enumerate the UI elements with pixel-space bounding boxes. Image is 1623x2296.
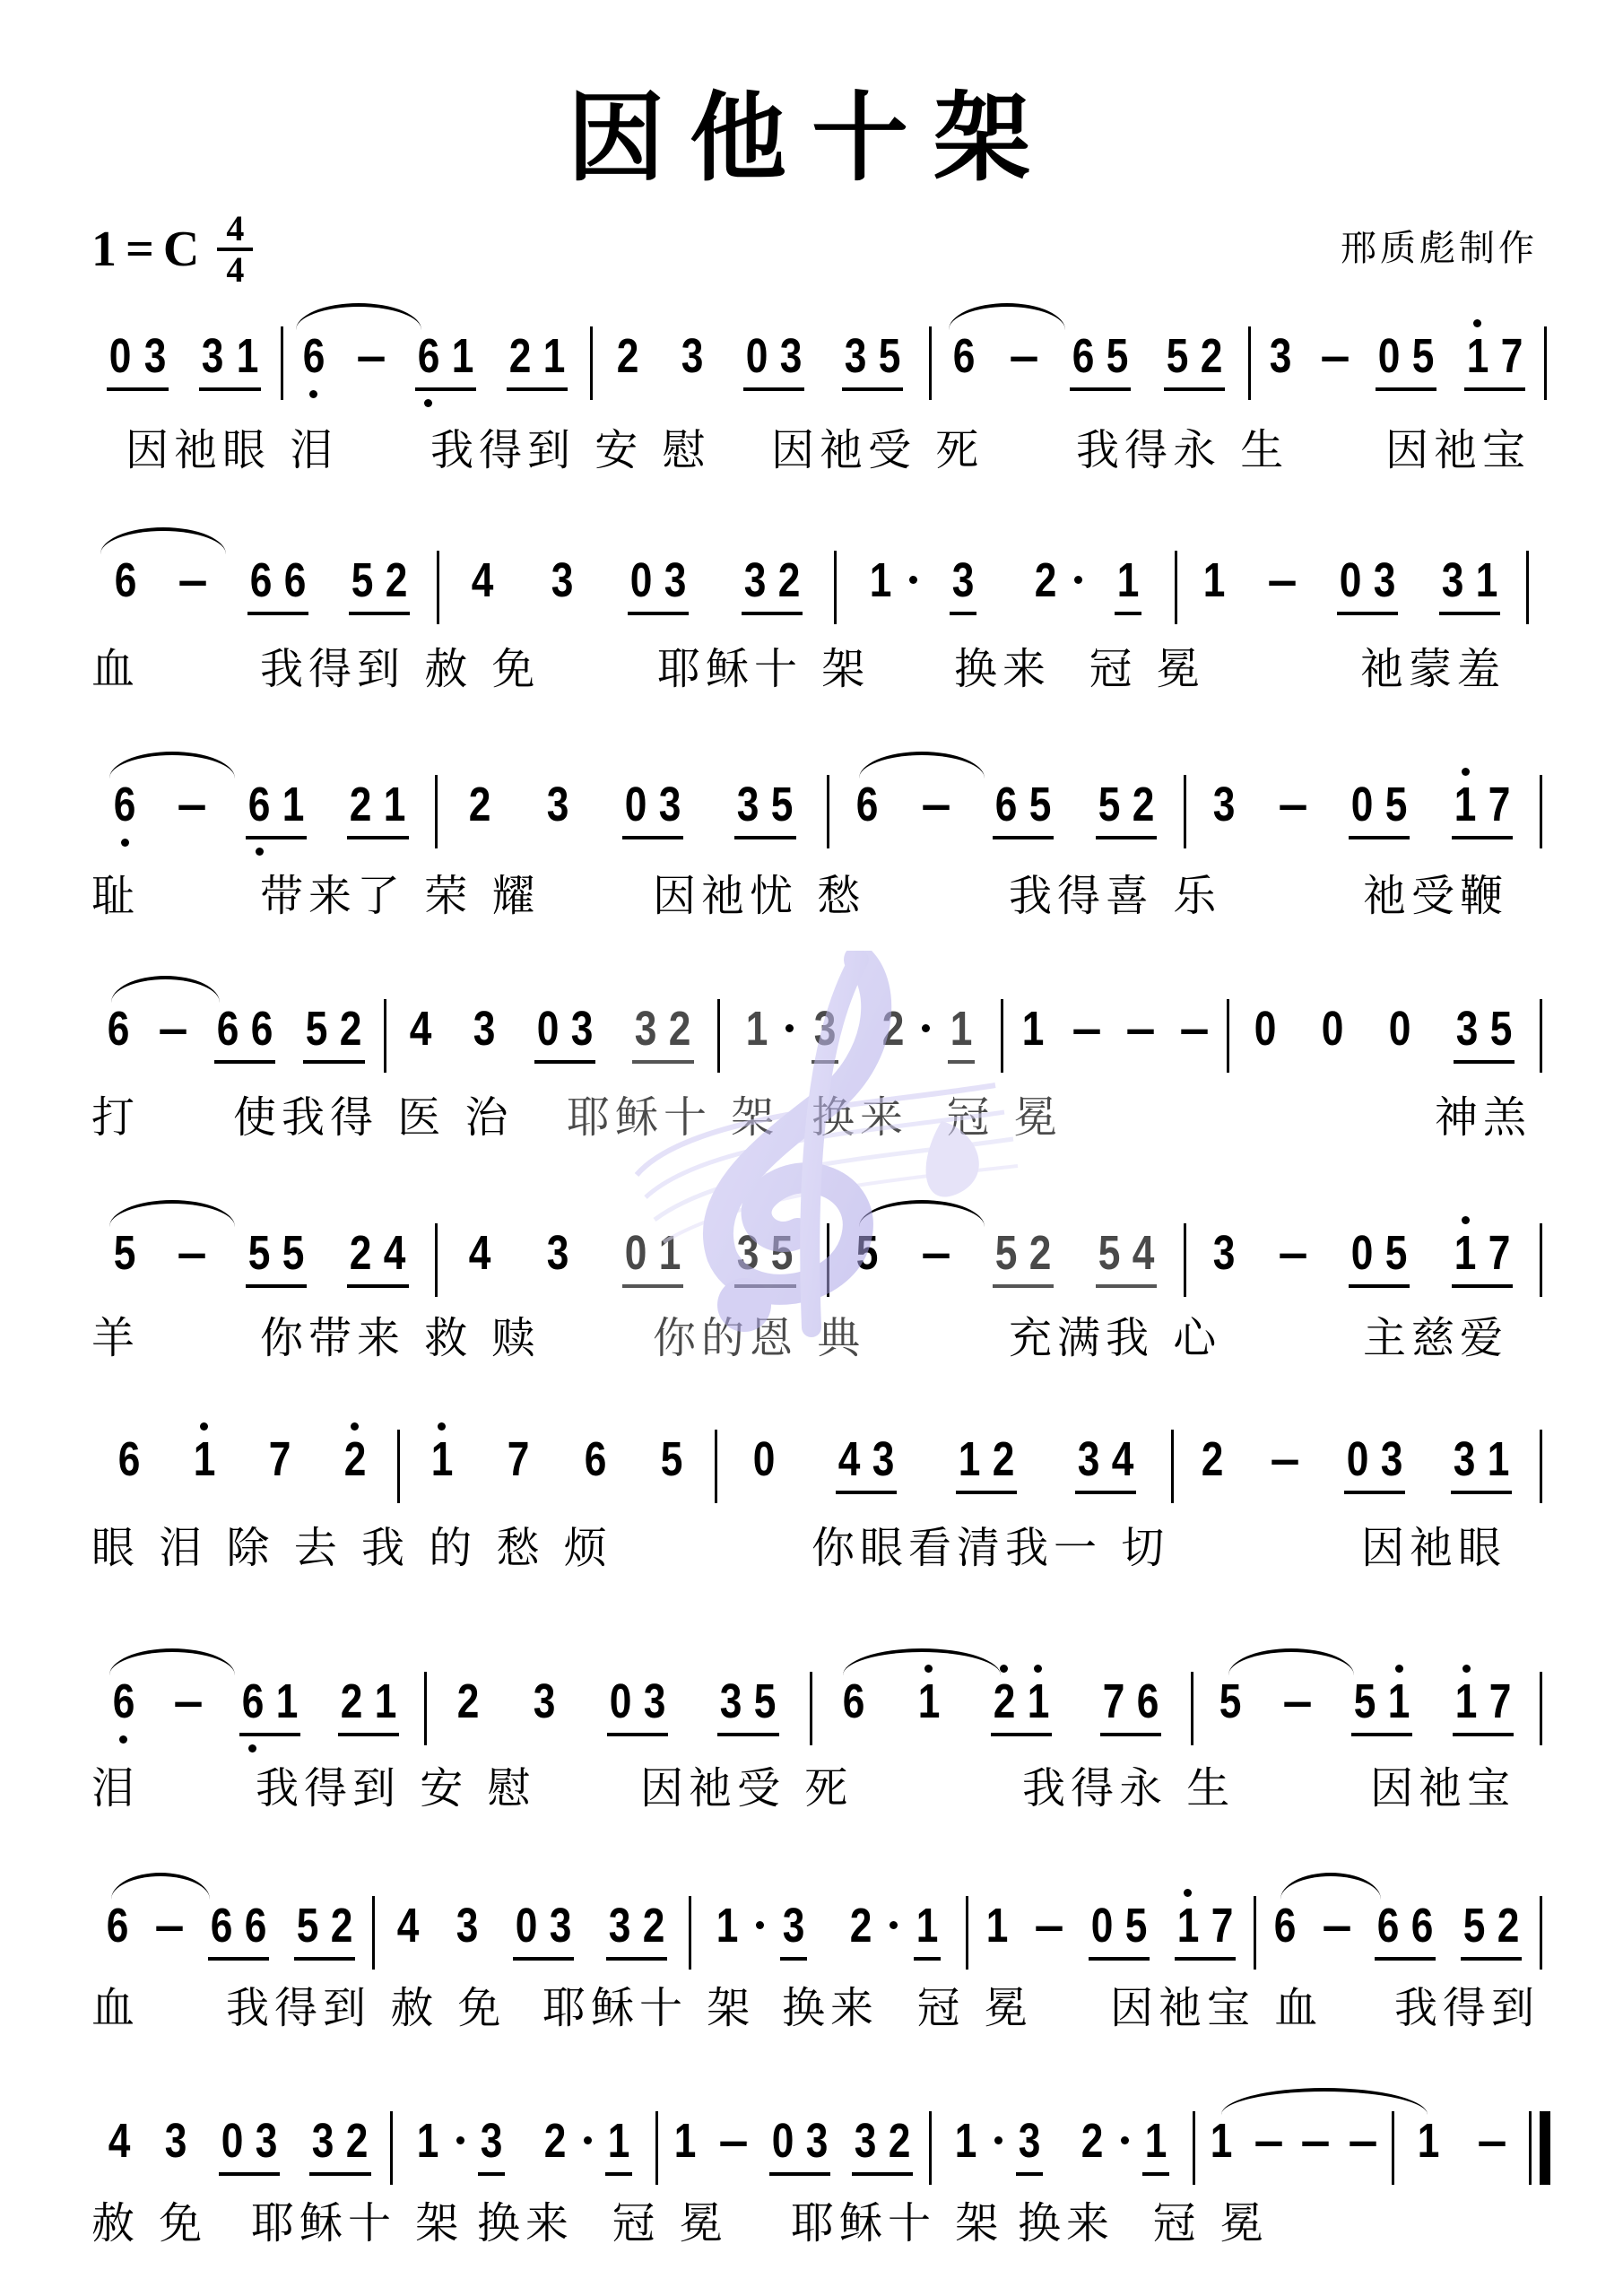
note-digit: 1	[716, 1901, 739, 1950]
note: 6	[1409, 1901, 1436, 1950]
beamed-group: 03	[769, 2117, 830, 2176]
beamed-group: 17	[1452, 1229, 1513, 1288]
note-digit: 1	[1454, 1229, 1477, 1277]
note-digit: 1	[194, 1435, 216, 1483]
slur-tie	[111, 1873, 210, 1900]
note: 3	[803, 2117, 830, 2165]
measure: 430332	[443, 556, 829, 655]
note-digit: 2	[1035, 556, 1057, 604]
note: 5	[111, 1229, 138, 1277]
rest-note: 0	[534, 1004, 561, 1053]
measure: 430332	[389, 1004, 712, 1103]
beamed-group: 1	[1115, 556, 1141, 615]
note: 1	[867, 556, 894, 604]
lyric-line: 因祂宝 血	[1110, 1987, 1323, 2030]
note-digit: 3	[1453, 1435, 1475, 1483]
note-digit: 2	[669, 1004, 691, 1053]
note: 1	[1452, 1229, 1479, 1277]
note: 5	[751, 1677, 778, 1726]
note-digit: –	[356, 332, 386, 380]
note-digit: 0	[630, 556, 653, 604]
octave-up-dot-icon	[1184, 1889, 1192, 1897]
barline	[1001, 999, 1003, 1073]
note: 3	[656, 780, 683, 829]
measure: 6172	[91, 1435, 393, 1534]
sustain-dash: –	[720, 2117, 747, 2165]
note: 3	[1211, 780, 1237, 829]
lyric-line: 带来了 荣 耀	[260, 874, 541, 918]
lyric-line: 我得到 安 慰	[256, 1767, 536, 1810]
note-digit: 5	[994, 1229, 1017, 1277]
note-digit: 3	[644, 1677, 666, 1726]
lyric-line: 眼 泪 除 去 我 的 愁 烦	[91, 1526, 612, 1570]
note: 6	[248, 1004, 275, 1053]
lyric-line: 我得到 赦 免	[226, 1987, 507, 2030]
note-digit: 6	[107, 1901, 129, 1950]
beamed-group: 52	[303, 1004, 364, 1064]
beamed-group: 21	[347, 780, 408, 839]
note: 1	[1385, 1677, 1412, 1726]
lyric-line: 换来 冠 冕	[782, 1987, 1033, 2030]
beamed-group: 03	[1344, 1435, 1405, 1494]
barline	[1193, 2111, 1195, 2185]
note-digit: –	[922, 1229, 951, 1277]
note-digit: 1	[1022, 1004, 1045, 1053]
octave-up-dot-icon	[1000, 1665, 1008, 1673]
note: 5	[768, 1229, 795, 1277]
note: 7	[1498, 332, 1525, 380]
beamed-group: 3	[780, 1901, 807, 1961]
note-digit: –	[1278, 780, 1307, 829]
note: 2	[347, 1229, 374, 1277]
note: 6	[246, 780, 273, 829]
barline	[1171, 1430, 1174, 1503]
rest-note: 0	[1349, 780, 1376, 829]
note-digit: –	[1125, 1004, 1155, 1053]
beamed-group: 3	[1016, 2117, 1043, 2176]
note-digit: 1	[1117, 556, 1140, 604]
sustain-dash: –	[1181, 1004, 1208, 1053]
lyric-line: 你的恩 典	[653, 1317, 865, 1360]
note: 1	[1464, 332, 1491, 380]
rest-note: 0	[769, 2117, 796, 2165]
measure: 230335	[441, 780, 821, 879]
measure: 1–	[1397, 2117, 1524, 2215]
note: 6	[116, 1435, 143, 1483]
measure: 3–0517	[1254, 332, 1539, 430]
octave-down-dot-icon	[248, 1744, 256, 1752]
note: 7	[1487, 1677, 1514, 1726]
beamed-group: 3	[950, 556, 976, 615]
note-digit: 1	[659, 1229, 681, 1277]
note-digit: 6	[1377, 1901, 1400, 1950]
slur-tie	[949, 303, 1065, 330]
augmentation-dot-icon	[785, 1024, 794, 1032]
note-digit: 3	[872, 1435, 895, 1483]
note: 5	[1383, 780, 1410, 829]
lyric-line: 赦 免	[91, 2202, 207, 2245]
note-digit: 7	[1211, 1901, 1234, 1950]
note: 3	[531, 1677, 558, 1726]
note-digit: –	[178, 556, 208, 604]
note: 4	[395, 1901, 421, 1950]
sustain-dash: –	[1280, 1229, 1306, 1277]
note-digit: 3	[481, 2117, 503, 2165]
note-digit: 4	[1133, 1229, 1155, 1277]
note-digit: 3	[780, 332, 803, 380]
beamed-group: 52	[294, 1901, 355, 1961]
note: 2	[1027, 1229, 1054, 1277]
lyric-line: 换来 冠 冕	[954, 648, 1205, 691]
note: 1	[234, 332, 261, 380]
augmentation-dot-icon	[584, 2136, 592, 2144]
note-digit: 3	[1455, 1004, 1478, 1053]
sustain-dash: –	[1280, 780, 1306, 829]
note-digit: 0	[746, 332, 768, 380]
key-equals: =	[126, 224, 154, 274]
beamed-group: 1	[914, 1901, 941, 1961]
note-digit: 3	[952, 556, 975, 604]
slur-tie	[843, 1648, 1001, 1675]
beamed-group: 65	[1070, 332, 1131, 391]
note-digit: 1	[607, 2117, 629, 2165]
note: 3	[1451, 1435, 1478, 1483]
note-digit: 1	[276, 1677, 299, 1726]
rest-note: 0	[622, 780, 649, 829]
note-digit: 1	[1144, 2117, 1167, 2165]
sustain-dash: –	[175, 1677, 202, 1726]
note-digit: –	[1267, 556, 1297, 604]
note: 5	[1410, 332, 1436, 380]
note-digit: 6	[118, 1435, 141, 1483]
note: 1	[1453, 1677, 1480, 1726]
slur-tie	[296, 303, 421, 330]
note-digit: 0	[1346, 1435, 1368, 1483]
note-digit: 1	[1028, 1677, 1050, 1726]
note: 3	[1378, 1435, 1405, 1483]
note-digit: 6	[584, 1435, 606, 1483]
measure: 00035	[1232, 1004, 1534, 1103]
note-digit: 3	[534, 1677, 556, 1726]
note-digit: –	[719, 2117, 749, 2165]
note: 2	[880, 1004, 907, 1053]
note: 6	[214, 1004, 241, 1053]
note: 1	[605, 2117, 632, 2165]
note-digit: –	[1278, 1229, 1307, 1277]
note: 5	[1164, 332, 1191, 380]
beamed-group: 55	[246, 1229, 307, 1288]
note-digit: 3	[737, 780, 759, 829]
note: 6	[110, 1677, 137, 1726]
beamed-group: 03	[607, 1677, 668, 1736]
time-signature-top: 4	[226, 212, 244, 246]
note-digit: –	[178, 1229, 207, 1277]
slur-tie	[109, 752, 235, 778]
note-digit: 1	[1455, 1677, 1478, 1726]
note-digit: 3	[1442, 556, 1464, 604]
note: 3	[641, 1677, 668, 1726]
note: 3	[199, 332, 226, 380]
note-digit: 7	[269, 1435, 291, 1483]
author-credit: 邢质彪制作	[1341, 220, 1538, 271]
note: 5	[349, 556, 376, 604]
note: 3	[478, 2117, 505, 2165]
lyric-line: 我得到	[1394, 1987, 1540, 2030]
note-digit: 1	[1203, 556, 1226, 604]
rest-note: 0	[743, 332, 770, 380]
slur-tie	[111, 976, 220, 1003]
lyric-line: 耶稣十 架	[657, 648, 870, 691]
note: 3	[549, 556, 576, 604]
note: 6	[208, 1901, 235, 1950]
note-digit: 1	[1176, 1901, 1199, 1950]
beamed-group: 21	[507, 332, 568, 391]
note-digit: 3	[659, 780, 681, 829]
measure: 5–5117	[1196, 1677, 1534, 1776]
barline	[435, 1223, 438, 1297]
lyric-line: 血	[91, 1987, 140, 2030]
measure: 612176	[816, 1677, 1185, 1776]
barline	[435, 775, 438, 848]
note-digit: 3	[609, 1901, 631, 1950]
sustain-dash: –	[1036, 1901, 1063, 1950]
barline	[715, 1430, 717, 1503]
octave-down-dot-icon	[424, 399, 432, 407]
note-digit: 3	[1018, 2117, 1040, 2165]
note: 5	[1217, 1677, 1244, 1726]
lyric-line: 我得永 生	[1076, 429, 1289, 472]
lyric-line: 你带来 救 赎	[260, 1317, 541, 1360]
measure: 6–6652	[91, 1004, 378, 1103]
note: 3	[1371, 556, 1398, 604]
lyric-line: 因祂忧 愁	[653, 874, 865, 918]
beamed-group: 24	[347, 1229, 408, 1288]
augmentation-dot-icon	[890, 1921, 898, 1929]
note: 7	[1486, 780, 1513, 829]
note-digit: 2	[643, 1901, 665, 1950]
sustain-dash: –	[160, 1004, 187, 1053]
measure: 230335	[595, 332, 922, 430]
rest-note: 0	[513, 1901, 540, 1950]
note: 1	[449, 332, 476, 380]
note-digit: 5	[297, 1901, 319, 1950]
sustain-dash: –	[923, 1229, 950, 1277]
note: 2	[338, 1677, 365, 1726]
beamed-group: 66	[208, 1901, 269, 1961]
beamed-group: 31	[199, 332, 260, 391]
note: 2	[776, 556, 803, 604]
note-digit: 0	[221, 2117, 244, 2165]
beamed-group: 31	[1451, 1435, 1512, 1494]
octave-up-dot-icon	[1462, 1216, 1470, 1224]
beamed-group: 03	[534, 1004, 595, 1064]
note-digit: 2	[1133, 780, 1155, 829]
note-digit: 7	[1488, 780, 1511, 829]
beamed-group: 52	[349, 556, 410, 615]
beamed-group: 17	[1453, 1677, 1514, 1736]
note: 5	[1104, 332, 1131, 380]
barline	[1540, 999, 1542, 1073]
note-digit: –	[1254, 2117, 1283, 2165]
note: 2	[1495, 1901, 1522, 1950]
note-digit: 3	[473, 1004, 496, 1053]
sustain-dash: –	[1350, 2117, 1376, 2165]
note-digit: 2	[1081, 2117, 1104, 2165]
note: 1	[672, 2117, 699, 2165]
lyric-line: 耶稣十 架	[567, 1096, 779, 1139]
note-digit: 1	[918, 1677, 941, 1726]
beamed-group: 61	[239, 1677, 300, 1736]
time-signature: 4 4	[217, 212, 253, 287]
measure: 1–0331	[1180, 556, 1521, 655]
lyric-line: 因祂眼	[1361, 1526, 1506, 1570]
slur-tie	[1228, 1648, 1354, 1675]
note-digit: 5	[248, 1229, 271, 1277]
note: 2	[466, 780, 493, 829]
rest-note: 0	[751, 1435, 777, 1483]
beamed-group: 03	[1337, 556, 1398, 615]
barline	[929, 326, 932, 400]
barline	[827, 1223, 829, 1297]
note-digit: 5	[1124, 1901, 1147, 1950]
beamed-group: 03	[513, 1901, 574, 1961]
note-digit: 0	[771, 2117, 794, 2165]
note-digit: –	[1301, 2117, 1331, 2165]
sustain-dash: –	[179, 556, 206, 604]
note: 5	[1461, 1901, 1488, 1950]
beamed-group: 21	[338, 1677, 399, 1736]
note: 6	[582, 1435, 609, 1483]
note: 5	[280, 1229, 307, 1277]
note-digit: 5	[771, 780, 794, 829]
beamed-group: 35	[1454, 1004, 1515, 1064]
beamed-group: 03	[107, 332, 168, 391]
note: 6	[840, 1677, 867, 1726]
beamed-group: 1	[605, 2117, 632, 2176]
note: 2	[614, 332, 641, 380]
note: 1	[429, 1435, 456, 1483]
note-digit: 3	[1374, 556, 1396, 604]
note-digit: 3	[681, 332, 704, 380]
note-digit: 2	[350, 1229, 372, 1277]
note-digit: –	[922, 780, 951, 829]
note-digit: 6	[242, 1677, 265, 1726]
note-digit: 6	[418, 332, 440, 380]
note-digit: 6	[953, 332, 976, 380]
note-digit: 5	[306, 1004, 328, 1053]
barline	[424, 1672, 427, 1745]
note: 3	[870, 1435, 897, 1483]
barline	[281, 326, 283, 400]
beamed-group: 34	[1075, 1435, 1136, 1494]
note: 1	[1025, 1677, 1052, 1726]
lyric-line: 因祂眼 泪	[126, 429, 338, 472]
note-digit: 3	[635, 1004, 657, 1053]
note-digit: 2	[469, 780, 491, 829]
note-digit: 0	[752, 1435, 775, 1483]
note: 3	[547, 1901, 574, 1950]
note-digit: 4	[397, 1901, 420, 1950]
barline	[655, 2111, 658, 2185]
note: 2	[542, 2117, 568, 2165]
note: 4	[407, 1004, 434, 1053]
note-digit: 1	[916, 1901, 939, 1950]
note-digit: 1	[955, 2117, 977, 2165]
note: 2	[383, 556, 410, 604]
lyric-line: 祂蒙羞	[1360, 648, 1506, 691]
beamed-group: 54	[1096, 1229, 1157, 1288]
rest-note: 0	[607, 1677, 634, 1726]
note-digit: 0	[1389, 1004, 1411, 1053]
note-digit: 1	[1211, 2117, 1233, 2165]
note: 1	[414, 2117, 441, 2165]
note: 6	[242, 1901, 269, 1950]
note: 3	[253, 2117, 280, 2165]
note-digit: –	[159, 1004, 188, 1053]
barline	[1248, 326, 1251, 400]
note-digit: 2	[1200, 332, 1222, 380]
note: 2	[990, 1435, 1017, 1483]
beamed-group: 32	[742, 556, 803, 615]
note: 2	[640, 1901, 667, 1950]
note: 7	[1100, 1677, 1127, 1726]
note-digit: 7	[508, 1435, 530, 1483]
note: 5	[1123, 1901, 1150, 1950]
note: 5	[1383, 1229, 1410, 1277]
note-digit: 3	[814, 1004, 837, 1053]
lyric-line: 耶稣十 架	[542, 1987, 755, 2030]
note: 1	[1020, 1004, 1046, 1053]
note: 4	[469, 556, 496, 604]
augmentation-dot-icon	[922, 1024, 930, 1032]
note: 5	[658, 1435, 685, 1483]
lyric-line: 因祂受 死	[771, 429, 984, 472]
beamed-group: 17	[1175, 1901, 1236, 1961]
note-digit: 1	[1454, 780, 1477, 829]
note-digit: 2	[341, 1677, 363, 1726]
barline	[1540, 1896, 1542, 1970]
sustain-dash: –	[178, 1229, 205, 1277]
note-digit: 1	[375, 1677, 397, 1726]
note: 1	[1485, 1435, 1512, 1483]
measure: 6–6121	[91, 1677, 418, 1776]
note: 3	[1075, 1435, 1102, 1483]
barline	[1227, 999, 1229, 1073]
sustain-dash: –	[1269, 556, 1296, 604]
augmentation-dot-icon	[756, 1921, 764, 1929]
note-digit: 6	[303, 332, 325, 380]
note-digit: 1	[236, 332, 258, 380]
note-digit: 1	[1388, 1677, 1410, 1726]
slur-tie	[109, 1200, 235, 1227]
beamed-group: 51	[1351, 1677, 1412, 1736]
note-digit: 3	[143, 332, 166, 380]
note-digit: –	[1072, 1004, 1101, 1053]
barline	[1175, 551, 1177, 624]
barline	[1544, 326, 1547, 400]
rest-note: 0	[1376, 332, 1402, 380]
barline	[717, 999, 720, 1073]
note: 2	[455, 1677, 482, 1726]
measure: 1321	[839, 556, 1169, 655]
note: 3	[471, 1004, 498, 1053]
octave-up-dot-icon	[1034, 1665, 1042, 1673]
note: 2	[991, 1677, 1018, 1726]
note-digit: 2	[1497, 1901, 1520, 1950]
note: 3	[544, 780, 571, 829]
sustain-dash: –	[1127, 1004, 1154, 1053]
note-digit: 0	[625, 780, 647, 829]
